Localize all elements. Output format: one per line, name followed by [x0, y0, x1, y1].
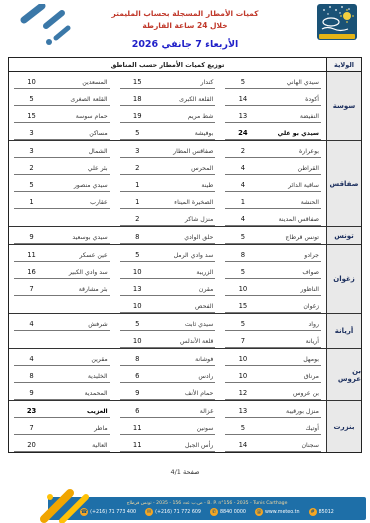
contact-item: ✆8840 0000	[210, 508, 246, 516]
station-cell: مساكن3	[14, 123, 110, 140]
distribution-column-header: توزيع كميات الأمطار حسب المناطق	[9, 58, 326, 71]
station-cell: مرناق10	[225, 366, 321, 383]
station-cell: عين عسكر11	[14, 245, 110, 262]
governorate-group: تونستونس قرطاج5حلق الوادي8سيدي بوسعيد9	[9, 227, 361, 245]
station-cell: سد وادي الرمل5	[120, 245, 216, 262]
station-cell: سيدي الهاني5	[225, 72, 321, 89]
sms-icon: #	[309, 508, 317, 516]
rain-value: 5	[16, 182, 47, 189]
station-cell	[14, 296, 110, 313]
governorate-cell: تونس	[326, 227, 361, 244]
station-cell: ماطر7	[14, 418, 110, 435]
rain-value: 14	[227, 96, 258, 103]
station-cell: المحرس2	[120, 158, 216, 175]
station-name: المحرس	[153, 166, 214, 172]
station-name: منزل شاكر	[153, 217, 214, 223]
station-cell: تونس قرطاج5	[225, 227, 321, 244]
station-name: سيدي ثابت	[153, 322, 214, 328]
governorate-group: سوسةسيدي الهاني5كندار15المسعدين10أكودة14…	[9, 72, 361, 141]
station-name: سونين	[153, 426, 214, 432]
station-name: القلعة الكبرى	[153, 97, 214, 103]
station-name: سيدي منصور	[47, 183, 108, 189]
station-name: بوعرارة	[258, 149, 319, 155]
station-name: المحمدية	[47, 391, 108, 397]
station-cell: كندار15	[120, 72, 216, 89]
table-row: تونس قرطاج5حلق الوادي8سيدي بوسعيد9	[9, 227, 326, 244]
station-name: سد وادي الرمل	[153, 253, 214, 259]
table-row: مرناق10رادس6الخليدية8	[9, 366, 326, 383]
station-cell: صفاقس المطار3	[120, 141, 216, 158]
rain-value: 23	[16, 408, 47, 415]
table-row: الحنشة1الصخيرة الميناء1عقارب1	[9, 192, 326, 209]
rain-value: 20	[16, 442, 47, 449]
station-name: ماطر	[47, 426, 108, 432]
station-cell: القلعة الصغرى5	[14, 89, 110, 106]
station-name: رأس الجبل	[153, 443, 214, 449]
rain-value: 2	[227, 148, 258, 155]
station-name: سيدي بوسعيد	[47, 235, 108, 241]
table-row: بن عروس12حمام الأنف9المحمدية9	[9, 383, 326, 400]
station-name: رادس	[153, 374, 214, 380]
rain-value: 16	[16, 269, 47, 276]
diagonal-bars-logo	[16, 4, 76, 48]
rain-value: 1	[16, 199, 47, 206]
station-name: الخليدية	[47, 374, 108, 380]
rain-value: 24	[227, 130, 258, 137]
station-cell: بئر علي2	[14, 158, 110, 175]
station-name: سيدي الهاني	[258, 80, 319, 86]
rain-value: 4	[227, 216, 258, 223]
station-cell: رواد5	[225, 314, 321, 331]
station-cell: المسعدين10	[14, 72, 110, 89]
station-name: القلعة الصغرى	[47, 97, 108, 103]
station-cell: أوتيك5	[225, 418, 321, 435]
station-name: رواد	[258, 322, 319, 328]
station-name: أريانة	[258, 339, 319, 345]
station-cell: قلعة الأندلس10	[120, 331, 216, 348]
station-cell: فوشانة8	[120, 349, 216, 366]
station-name: النفيضة	[258, 114, 319, 120]
station-cell: رادس6	[120, 366, 216, 383]
station-name: الفحص	[153, 304, 214, 310]
rain-value: 18	[122, 96, 153, 103]
station-cell: الخليدية8	[14, 366, 110, 383]
rain-value: 3	[16, 130, 47, 137]
station-cell: مقرين4	[14, 349, 110, 366]
station-cell: بوفيشة5	[120, 123, 216, 140]
station-name: كندار	[153, 80, 214, 86]
rain-value: 4	[227, 182, 258, 189]
station-cell: أكودة14	[225, 89, 321, 106]
station-cell: بومهل10	[225, 349, 321, 366]
station-name: أكودة	[258, 97, 319, 103]
rain-value: 10	[227, 373, 258, 380]
rain-value: 7	[16, 425, 47, 432]
rain-value: 2	[122, 216, 153, 223]
rain-value: 13	[227, 408, 258, 415]
station-cell: شط مريم19	[120, 106, 216, 123]
rain-value: 13	[227, 113, 258, 120]
contact-label: 8840 0000	[220, 510, 246, 515]
rain-value: 9	[16, 390, 47, 397]
rain-value: 10	[122, 303, 153, 310]
station-cell	[14, 331, 110, 348]
rainfall-bulletin-page: كميات الأمطار المسجلة بحساب المليمتر خلا…	[0, 0, 370, 523]
governorate-group: بنزرتمنزل بورقيبة13غزالة6العزيب23أوتيك5س…	[9, 401, 361, 452]
footer-stripes-decoration	[36, 485, 116, 523]
station-cell: الفحص10	[120, 296, 216, 313]
station-cell: سيدي منصور5	[14, 175, 110, 192]
station-cell: النفيضة13	[225, 106, 321, 123]
rain-value: 13	[122, 286, 153, 293]
group-rows: رواد5سيدي ثابت5شرفش4أريانة7قلعة الأندلس1…	[9, 314, 326, 348]
station-cell: مقرن13	[120, 279, 216, 296]
meteo-institute-logo	[316, 3, 358, 45]
station-cell: أريانة7	[225, 331, 321, 348]
station-name: بوفيشة	[153, 131, 214, 137]
station-name: المسعدين	[47, 80, 108, 86]
rain-value: 10	[122, 269, 153, 276]
governorate-group: بن عروسبومهل10فوشانة8مقرين4مرناق10رادس6ا…	[9, 349, 361, 401]
station-name: القراطن	[258, 166, 319, 172]
station-cell: غزالة6	[120, 401, 216, 418]
station-cell: سونين11	[120, 418, 216, 435]
station-cell: بن عروس12	[225, 383, 321, 400]
rain-value: 5	[227, 321, 258, 328]
contacts-row: ☎(+216) 71 773 400✉(+216) 71 772 609✆884…	[80, 508, 334, 516]
rain-value: 8	[16, 373, 47, 380]
station-name: بئر مشارقة	[47, 287, 108, 293]
group-rows: منزل بورقيبة13غزالة6العزيب23أوتيك5سونين1…	[9, 401, 326, 452]
station-name: طينة	[153, 183, 214, 189]
table-row: بومهل10فوشانة8مقرين4	[9, 349, 326, 366]
station-name: زغوان	[258, 304, 319, 310]
station-cell: منزل بورقيبة13	[225, 401, 321, 418]
governorate-cell: سوسة	[326, 72, 361, 140]
governorate-group: أريانةرواد5سيدي ثابت5شرفش4أريانة7قلعة ال…	[9, 314, 361, 349]
rain-value: 11	[16, 252, 47, 259]
rain-value: 15	[227, 303, 258, 310]
station-cell: حمام الأنف9	[120, 383, 216, 400]
station-cell: سيدي بو علي24	[225, 123, 321, 140]
table-row: سجنان14رأس الجبل11العالية20	[9, 435, 326, 452]
group-rows: بومهل10فوشانة8مقرين4مرناق10رادس6الخليدية…	[9, 349, 326, 400]
station-cell: عقارب1	[14, 192, 110, 209]
station-name: عين عسكر	[47, 253, 108, 259]
rain-value: 6	[122, 408, 153, 415]
station-name: منزل بورقيبة	[258, 409, 319, 415]
station-cell: ساقية الدائر4	[225, 175, 321, 192]
table-row: سيدي بو علي24بوفيشة5مساكن3	[9, 123, 326, 140]
station-name: الحنشة	[258, 200, 319, 206]
rain-value: 19	[122, 113, 153, 120]
rain-value: 12	[227, 390, 258, 397]
station-cell: المحمدية9	[14, 383, 110, 400]
rain-value: 8	[122, 356, 153, 363]
station-name: الزريبة	[153, 270, 214, 276]
station-name: مقرن	[153, 287, 214, 293]
station-cell: الشمال3	[14, 141, 110, 158]
station-cell: سد وادي الكبير16	[14, 262, 110, 279]
table-row: زغوان15الفحص10	[9, 296, 326, 313]
governorate-group: زغوانجرادو8سد وادي الرمل5عين عسكر11صواف5…	[9, 245, 361, 314]
station-name: بن عروس	[258, 391, 319, 397]
station-name: العزيب	[47, 409, 108, 415]
contact-item: ✉(+216) 71 772 609	[145, 508, 201, 516]
contact-label: 85012	[319, 510, 334, 515]
station-name: صواف	[258, 270, 319, 276]
station-name: بومهل	[258, 357, 319, 363]
rain-value: 1	[227, 199, 258, 206]
rain-value: 4	[16, 321, 47, 328]
address-line: B. P. n°156 - 2035 - Tunis Carthage - ص.…	[127, 501, 288, 506]
station-name: مقرين	[47, 357, 108, 363]
station-name: الصخيرة الميناء	[153, 200, 214, 206]
table-header-row: الولاية توزيع كميات الأمطار حسب المناطق	[9, 58, 361, 72]
group-rows: سيدي الهاني5كندار15المسعدين10أكودة14القل…	[9, 72, 326, 140]
page-number: صفحة 4/1	[0, 468, 370, 476]
station-cell: طينة1	[120, 175, 216, 192]
station-name: سد وادي الكبير	[47, 270, 108, 276]
rain-value: 8	[227, 252, 258, 259]
table-row: أوتيك5سونين11ماطر7	[9, 418, 326, 435]
table-row: رواد5سيدي ثابت5شرفش4	[9, 314, 326, 331]
governorate-cell: بنزرت	[326, 401, 361, 452]
station-cell: القراطن4	[225, 158, 321, 175]
table-row: بوعرارة2صفاقس المطار3الشمال3	[9, 141, 326, 158]
rain-value: 5	[16, 96, 47, 103]
header: كميات الأمطار المسجلة بحساب المليمتر خلا…	[80, 8, 290, 50]
report-date: الأربعاء 7 جانفي 2026	[80, 39, 290, 50]
rain-value: 5	[227, 425, 258, 432]
report-title-line1: كميات الأمطار المسجلة بحساب المليمتر	[80, 8, 290, 20]
station-cell: سجنان14	[225, 435, 321, 452]
rain-value: 3	[16, 148, 47, 155]
contact-label: (+216) 71 772 609	[155, 510, 201, 515]
governorate-column-header: الولاية	[326, 58, 361, 71]
rain-value: 10	[227, 286, 258, 293]
callcenter-icon: ✆	[210, 508, 218, 516]
station-name: الناظور	[258, 287, 319, 293]
station-cell: زغوان15	[225, 296, 321, 313]
station-cell: القلعة الكبرى18	[120, 89, 216, 106]
station-name: أوتيك	[258, 426, 319, 432]
rain-value: 11	[122, 425, 153, 432]
rain-value: 8	[122, 234, 153, 241]
station-cell: صفاقس المدينة4	[225, 209, 321, 226]
rain-value: 4	[227, 165, 258, 172]
station-name: جرادو	[258, 253, 319, 259]
table-row: الناظور10مقرن13بئر مشارقة7	[9, 279, 326, 296]
station-name: صفاقس المدينة	[258, 217, 319, 223]
globe-icon: @	[255, 508, 263, 516]
table-row: صواف5الزريبة10سد وادي الكبير16	[9, 262, 326, 279]
rain-value: 7	[16, 286, 47, 293]
rain-value: 15	[16, 113, 47, 120]
station-name: صفاقس المطار	[153, 149, 214, 155]
rain-value: 7	[227, 338, 258, 345]
rain-value: 5	[122, 130, 153, 137]
station-name: حمام سوسة	[47, 114, 108, 120]
station-cell: منزل شاكر2	[120, 209, 216, 226]
governorate-cell: صفاقس	[326, 141, 361, 226]
table-row: أريانة7قلعة الأندلس10	[9, 331, 326, 348]
station-cell: سيدي بوسعيد9	[14, 227, 110, 244]
rain-value: 9	[16, 234, 47, 241]
governorate-group: صفاقسبوعرارة2صفاقس المطار3الشمال3القراطن…	[9, 141, 361, 227]
station-name: بئر علي	[47, 166, 108, 172]
station-cell: رأس الجبل11	[120, 435, 216, 452]
table-row: القراطن4المحرس2بئر علي2	[9, 158, 326, 175]
station-name: عقارب	[47, 200, 108, 206]
contact-item: @www.meteo.tn	[255, 508, 300, 516]
rainfall-table: الولاية توزيع كميات الأمطار حسب المناطق …	[8, 57, 362, 453]
rain-value: 15	[122, 79, 153, 86]
rain-value: 2	[16, 165, 47, 172]
contact-label: www.meteo.tn	[265, 510, 300, 515]
group-rows: بوعرارة2صفاقس المطار3الشمال3القراطن4المح…	[9, 141, 326, 226]
station-name: تونس قرطاج	[258, 235, 319, 241]
station-cell: الناظور10	[225, 279, 321, 296]
table-row: ساقية الدائر4طينة1سيدي منصور5	[9, 175, 326, 192]
rain-value: 10	[16, 79, 47, 86]
table-row: سيدي الهاني5كندار15المسعدين10	[9, 72, 326, 89]
station-cell: جرادو8	[225, 245, 321, 262]
rain-value: 14	[227, 442, 258, 449]
station-name: سجنان	[258, 443, 319, 449]
group-rows: تونس قرطاج5حلق الوادي8سيدي بوسعيد9	[9, 227, 326, 244]
station-name: سيدي بو علي	[258, 131, 319, 137]
table-row: منزل بورقيبة13غزالة6العزيب23	[9, 401, 326, 418]
contact-item: #85012	[309, 508, 334, 516]
table-row: النفيضة13شط مريم19حمام سوسة15	[9, 106, 326, 123]
station-cell: العزيب23	[14, 401, 110, 418]
station-name: فوشانة	[153, 357, 214, 363]
station-cell	[14, 209, 110, 226]
table-row: جرادو8سد وادي الرمل5عين عسكر11	[9, 245, 326, 262]
rain-value: 5	[227, 234, 258, 241]
rain-value: 5	[122, 252, 153, 259]
rain-value: 5	[227, 269, 258, 276]
station-cell: بئر مشارقة7	[14, 279, 110, 296]
station-name: قلعة الأندلس	[153, 339, 214, 345]
station-name: ساقية الدائر	[258, 183, 319, 189]
station-name: مرناق	[258, 374, 319, 380]
station-cell: الصخيرة الميناء1	[120, 192, 216, 209]
rain-value: 10	[227, 356, 258, 363]
station-cell: الزريبة10	[120, 262, 216, 279]
station-cell: شرفش4	[14, 314, 110, 331]
station-name: الشمال	[47, 149, 108, 155]
station-name: حلق الوادي	[153, 235, 214, 241]
station-cell: حلق الوادي8	[120, 227, 216, 244]
rain-value: 1	[122, 182, 153, 189]
rain-value: 6	[122, 373, 153, 380]
rain-value: 3	[122, 148, 153, 155]
governorate-cell: بن عروس	[326, 349, 361, 400]
governorate-cell: زغوان	[326, 245, 361, 313]
station-name: شط مريم	[153, 114, 214, 120]
rain-value: 9	[122, 390, 153, 397]
station-name: شرفش	[47, 322, 108, 328]
station-cell: العالية20	[14, 435, 110, 452]
table-row: صفاقس المدينة4منزل شاكر2	[9, 209, 326, 226]
rain-value: 5	[122, 321, 153, 328]
station-cell: حمام سوسة15	[14, 106, 110, 123]
governorate-cell: أريانة	[326, 314, 361, 348]
station-name: مساكن	[47, 131, 108, 137]
station-cell: الحنشة1	[225, 192, 321, 209]
rain-value: 1	[122, 199, 153, 206]
station-name: العالية	[47, 443, 108, 449]
fax-icon: ✉	[145, 508, 153, 516]
rain-value: 4	[16, 356, 47, 363]
table-row: أكودة14القلعة الكبرى18القلعة الصغرى5	[9, 89, 326, 106]
station-cell: سيدي ثابت5	[120, 314, 216, 331]
station-name: غزالة	[153, 409, 214, 415]
rain-value: 11	[122, 442, 153, 449]
rain-value: 10	[122, 338, 153, 345]
table-body: سوسةسيدي الهاني5كندار15المسعدين10أكودة14…	[9, 72, 361, 452]
report-title-line2: خلال 24 ساعة الفارطة	[80, 20, 290, 32]
rain-value: 2	[122, 165, 153, 172]
station-cell: صواف5	[225, 262, 321, 279]
station-cell: بوعرارة2	[225, 141, 321, 158]
station-name: حمام الأنف	[153, 391, 214, 397]
group-rows: جرادو8سد وادي الرمل5عين عسكر11صواف5الزري…	[9, 245, 326, 313]
rain-value: 5	[227, 79, 258, 86]
